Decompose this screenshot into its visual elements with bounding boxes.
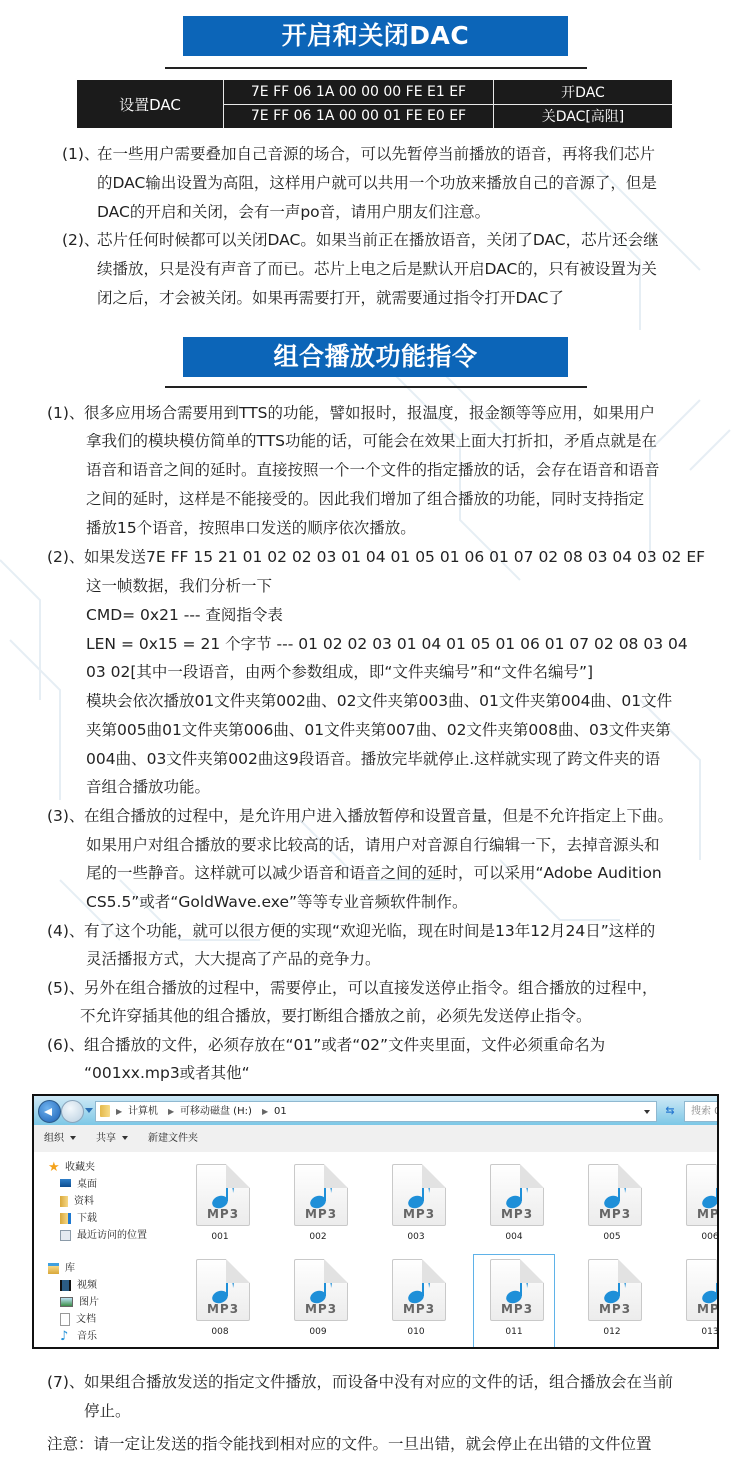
paragraph-line: 如果用户对组合播放的要求比较高的话，请用户对音源自行编辑一下，去掉音源头和: [86, 831, 660, 860]
file-type-label: MP3: [295, 1302, 347, 1316]
share-label: 共享: [96, 1133, 116, 1144]
paragraph-line: 芯片任何时候都可以关闭DAC。如果当前正在播放语音，关闭了DAC，芯片还会继: [97, 226, 659, 255]
file-item[interactable]: MP3 013: [670, 1255, 719, 1349]
file-item[interactable]: MP3 009: [278, 1255, 358, 1349]
paragraph-line: 模块会依次播放01文件夹第002曲、02文件夹第003曲、01文件夹第004曲、…: [86, 687, 672, 716]
pictures-icon: [60, 1297, 73, 1307]
paragraph-line: 之间的延时，这样是不能接受的。因此我们增加了组合播放的功能，同时支持指定: [86, 485, 644, 514]
downloads-icon: [60, 1213, 71, 1224]
paragraph-line: 不允许穿插其他的组合播放，要打断组合播放之前，必须先发送停止指令。: [80, 1002, 592, 1031]
chevron-down-icon: [122, 1136, 128, 1140]
organize-menu[interactable]: 组织: [44, 1125, 76, 1152]
recent-pages-dropdown[interactable]: [85, 1108, 93, 1113]
file-name: 012: [572, 1327, 652, 1337]
sidebar-item-pictures[interactable]: 图片: [60, 1295, 99, 1311]
paragraph-line: 004曲、03文件夹第002曲这9段语音。播放完毕就停止.这样就实现了跨文件夹的…: [86, 745, 660, 774]
paragraph-line: CS5.5”或者“GoldWave.exe”等等专业音频软件制作。: [86, 888, 468, 917]
breadcrumb-computer[interactable]: 计算机: [128, 1102, 158, 1121]
library-icon: [48, 1263, 59, 1274]
music-note-icon: [307, 1171, 337, 1211]
paragraph-line: 如果发送7E FF 15 21 01 02 02 03 01 04 01 05 …: [84, 543, 705, 572]
documents-icon: [60, 1313, 70, 1326]
sidebar-label: 库: [65, 1263, 75, 1274]
sidebar-label: 视频: [77, 1280, 97, 1291]
file-type-label: MP3: [687, 1302, 719, 1316]
mp3-file-icon: MP3: [588, 1259, 642, 1321]
sidebar-label: 收藏夹: [65, 1162, 95, 1173]
paragraph-line: 拿我们的模块模仿简单的TTS功能的话，可能会在效果上面大打折扣，矛盾点就是在: [86, 427, 657, 456]
sidebar-label: 桌面: [77, 1179, 97, 1190]
paragraph-line: 的DAC输出设置为高阻，这样用户就可以共用一个功放来播放自己的音源了，但是: [97, 169, 657, 198]
paragraph-label: (1)、: [62, 140, 99, 169]
file-explorer-window: ▶ 计算机 ▶ 可移动磁盘 (H:) ▶ 01 ⇆ 搜索 01 组织 共享 新建…: [32, 1094, 719, 1349]
paragraph-line: 很多应用场合需要用到TTS的功能，譬如报时，报温度，报金额等等应用，如果用户: [84, 399, 655, 428]
paragraph-line: 在一些用户需要叠加自己音源的场合，可以先暂停当前播放的语音，再将我们芯片: [97, 140, 655, 169]
search-input[interactable]: 搜索 01: [684, 1101, 719, 1122]
chevron-right-icon: ▶: [116, 1102, 122, 1121]
mp3-file-icon: MP3: [294, 1164, 348, 1226]
refresh-icon[interactable]: ⇆: [659, 1101, 681, 1120]
paragraph-label: (2)、: [62, 226, 99, 255]
music-note-icon: [601, 1266, 631, 1306]
file-name: 013: [670, 1327, 719, 1337]
desktop-icon: [60, 1179, 71, 1187]
paragraph-label: (3)、: [47, 802, 84, 831]
paragraph-line: 尾的一些静音。这样就可以减少语音和语音之间的延时，可以采用“Adobe Audi…: [86, 859, 662, 888]
chevron-right-icon: ▶: [262, 1102, 268, 1121]
sidebar-label: 最近访问的位置: [77, 1230, 147, 1241]
file-name: 004: [474, 1232, 554, 1242]
file-type-label: MP3: [589, 1207, 641, 1221]
table-row: 设置DAC 7E FF 06 1A 00 00 00 FE E1 EF 开DAC: [77, 80, 672, 104]
sidebar-item-videos[interactable]: 视频: [60, 1278, 97, 1294]
paragraph-label: (7)、: [47, 1368, 84, 1397]
file-item[interactable]: MP3 003: [376, 1160, 456, 1256]
file-name: 008: [180, 1327, 260, 1337]
file-item[interactable]: MP3 008: [180, 1255, 260, 1349]
paragraph-label: (1)、: [47, 399, 84, 428]
section-title-combo-play: 组合播放功能指令: [183, 337, 568, 377]
file-item[interactable]: MP3 005: [572, 1160, 652, 1256]
music-note-icon: [503, 1171, 533, 1211]
share-menu[interactable]: 共享: [96, 1125, 128, 1152]
sidebar-item-materials[interactable]: 资料: [60, 1194, 94, 1210]
file-grid: MP3 001 MP3 002 MP3 003 MP3 004: [174, 1152, 717, 1347]
sidebar-label: 文档: [76, 1314, 96, 1325]
title-divider: [165, 386, 587, 388]
file-name: 002: [278, 1232, 358, 1242]
paragraph-label: (6)、: [47, 1031, 84, 1060]
music-note-icon: [405, 1266, 435, 1306]
mp3-file-icon: MP3: [686, 1164, 719, 1226]
sidebar-label: 图片: [79, 1297, 99, 1308]
file-item[interactable]: MP3 010: [376, 1255, 456, 1349]
file-type-label: MP3: [491, 1302, 543, 1316]
sidebar-item-desktop[interactable]: 桌面: [60, 1177, 97, 1193]
paragraph-line: DAC的开启和关闭，会有一声po音，请用户朋友们注意。: [97, 198, 490, 227]
sidebar-label: 资料: [74, 1196, 94, 1207]
file-type-label: MP3: [197, 1302, 249, 1316]
paragraph-label: (5)、: [47, 974, 84, 1003]
organize-label: 组织: [44, 1133, 64, 1144]
command-desc: 开DAC: [494, 80, 673, 104]
title-divider: [165, 67, 587, 69]
file-type-label: MP3: [393, 1207, 445, 1221]
sidebar-label: 音乐: [77, 1331, 97, 1342]
paragraph-label: (2)、: [47, 543, 84, 572]
paragraph-line: 有了这个功能，就可以很方便的实现“欢迎光临，现在时间是13年12月24日”这样的: [84, 917, 655, 946]
explorer-nav-bar: ▶ 计算机 ▶ 可移动磁盘 (H:) ▶ 01 ⇆ 搜索 01: [34, 1096, 717, 1125]
file-item[interactable]: MP3 012: [572, 1255, 652, 1349]
paragraph-line: LEN = 0x15 = 21 个字节 --- 01 02 02 03 01 0…: [86, 630, 688, 659]
file-name: 006: [670, 1232, 719, 1242]
sidebar-label: 下载: [77, 1213, 97, 1224]
file-type-label: MP3: [295, 1207, 347, 1221]
paragraph-line: “001xx.mp3或者其他“: [84, 1059, 250, 1088]
mp3-file-icon: MP3: [490, 1164, 544, 1226]
paragraph-line: 另外在组合播放的过程中，需要停止，可以直接发送停止指令。组合播放的过程中，: [84, 974, 658, 1003]
back-button[interactable]: [38, 1100, 61, 1123]
music-note-icon: [209, 1266, 239, 1306]
star-icon: ★: [48, 1162, 59, 1173]
mp3-file-icon: MP3: [196, 1164, 250, 1226]
paragraph-line: 组合播放的文件，必须存放在“01”或者“02”文件夹里面，文件必须重命名为: [84, 1031, 605, 1060]
file-type-label: MP3: [589, 1302, 641, 1316]
file-name: 003: [376, 1232, 456, 1242]
music-icon: ♪: [60, 1331, 71, 1342]
music-note-icon: [405, 1171, 435, 1211]
file-item[interactable]: MP3 004: [474, 1160, 554, 1256]
breadcrumb-folder-01[interactable]: 01: [274, 1102, 287, 1121]
paragraph-line: 03 02[其中一段语音，由两个参数组成，即“文件夹编号”和“文件名编号”]: [86, 658, 593, 687]
paragraph-line: 这一帧数据，我们分析一下: [86, 572, 272, 601]
file-name: 001: [180, 1232, 260, 1242]
folder-icon: [100, 1105, 110, 1117]
command-desc: 关DAC[高阻]: [494, 104, 673, 128]
sidebar-item-documents[interactable]: 文档: [60, 1312, 96, 1328]
paragraph-label: (4)、: [47, 917, 84, 946]
sidebar-item-downloads[interactable]: 下载: [60, 1211, 97, 1227]
file-name: 011: [474, 1327, 554, 1337]
dac-command-table: 设置DAC 7E FF 06 1A 00 00 00 FE E1 EF 开DAC…: [77, 80, 672, 128]
paragraph-line: 在组合播放的过程中，是允许用户进入播放暂停和设置音量，但是不允许指定上下曲。: [84, 802, 673, 831]
explorer-toolbar: 组织 共享 新建文件夹: [34, 1125, 717, 1152]
section-title-dac: 开启和关闭DAC: [183, 16, 568, 56]
mp3-file-icon: MP3: [686, 1259, 719, 1321]
chevron-down-icon: [70, 1136, 76, 1140]
sidebar-libraries[interactable]: 库: [48, 1261, 75, 1277]
file-type-label: MP3: [491, 1207, 543, 1221]
music-note-icon: [699, 1171, 719, 1211]
paragraph-line: 闭之后，才会被关闭。如果再需要打开，就需要通过指令打开DAC了: [97, 284, 564, 313]
paragraph-line: 音组合播放功能。: [86, 773, 210, 802]
file-item-selected[interactable]: MP3 011: [474, 1255, 554, 1349]
navigation-pane: ★收藏夹 桌面 资料 下载 最近访问的位置 库 视频 图片 文档 ♪音乐: [34, 1152, 174, 1349]
file-item[interactable]: MP3 006: [670, 1160, 719, 1256]
file-item[interactable]: MP3 001: [180, 1160, 260, 1256]
paragraph-line: 夹第005曲01文件夹第006曲、01文件夹第007曲、02文件夹第008曲、0…: [86, 716, 671, 745]
chevron-right-icon: ▶: [168, 1102, 174, 1121]
address-dropdown-icon[interactable]: [644, 1110, 650, 1114]
paragraph-line: 播放15个语音，按照串口发送的顺序依次播放。: [86, 514, 416, 543]
recent-places-icon: [60, 1230, 71, 1241]
command-hex: 7E FF 06 1A 00 00 00 FE E1 EF: [224, 80, 494, 104]
paragraph-line: 灵活播报方式，大大提高了产品的竞争力。: [86, 945, 381, 974]
sidebar-item-recent-places[interactable]: 最近访问的位置: [60, 1228, 147, 1244]
row-label: 设置DAC: [77, 80, 224, 128]
mp3-file-icon: MP3: [490, 1259, 544, 1321]
file-type-label: MP3: [687, 1207, 719, 1221]
mp3-file-icon: MP3: [392, 1164, 446, 1226]
address-bar[interactable]: ▶ 计算机 ▶ 可移动磁盘 (H:) ▶ 01: [95, 1101, 657, 1122]
new-folder-button[interactable]: 新建文件夹: [148, 1125, 198, 1152]
file-name: 010: [376, 1327, 456, 1337]
folder-icon: [60, 1196, 68, 1207]
music-note-icon: [699, 1266, 719, 1306]
forward-button[interactable]: [61, 1100, 84, 1123]
mp3-file-icon: MP3: [294, 1259, 348, 1321]
file-item[interactable]: MP3 002: [278, 1160, 358, 1256]
file-type-label: MP3: [393, 1302, 445, 1316]
breadcrumb-removable-disk[interactable]: 可移动磁盘 (H:): [180, 1102, 252, 1121]
file-type-label: MP3: [197, 1207, 249, 1221]
sidebar-item-music[interactable]: ♪音乐: [60, 1329, 97, 1345]
paragraph-line: 停止。: [84, 1397, 131, 1426]
file-name: 009: [278, 1327, 358, 1337]
paragraph-line: 语音和语音之间的延时。直接按照一个一个文件的指定播放的话，会存在语音和语音: [86, 456, 660, 485]
paragraph-line: 续播放，只是没有声音了而已。芯片上电之后是默认开启DAC的，只有被设置为关: [97, 255, 657, 284]
mp3-file-icon: MP3: [392, 1259, 446, 1321]
music-note-icon: [503, 1266, 533, 1306]
sidebar-favorites[interactable]: ★收藏夹: [48, 1160, 95, 1176]
mp3-file-icon: MP3: [196, 1259, 250, 1321]
command-hex: 7E FF 06 1A 00 00 01 FE E0 EF: [224, 104, 494, 128]
note-text: 注意：请一定让发送的指令能找到相对应的文件。一旦出错，就会停止在出错的文件位置: [47, 1430, 652, 1459]
music-note-icon: [307, 1266, 337, 1306]
paragraph-line: CMD= 0x21 --- 查阅指令表: [86, 601, 283, 630]
music-note-icon: [209, 1171, 239, 1211]
paragraph-line: 如果组合播放发送的指定文件播放，而设备中没有对应的文件的话，组合播放会在当前: [84, 1368, 673, 1397]
video-icon: [60, 1280, 71, 1291]
mp3-file-icon: MP3: [588, 1164, 642, 1226]
file-name: 005: [572, 1232, 652, 1242]
music-note-icon: [601, 1171, 631, 1211]
